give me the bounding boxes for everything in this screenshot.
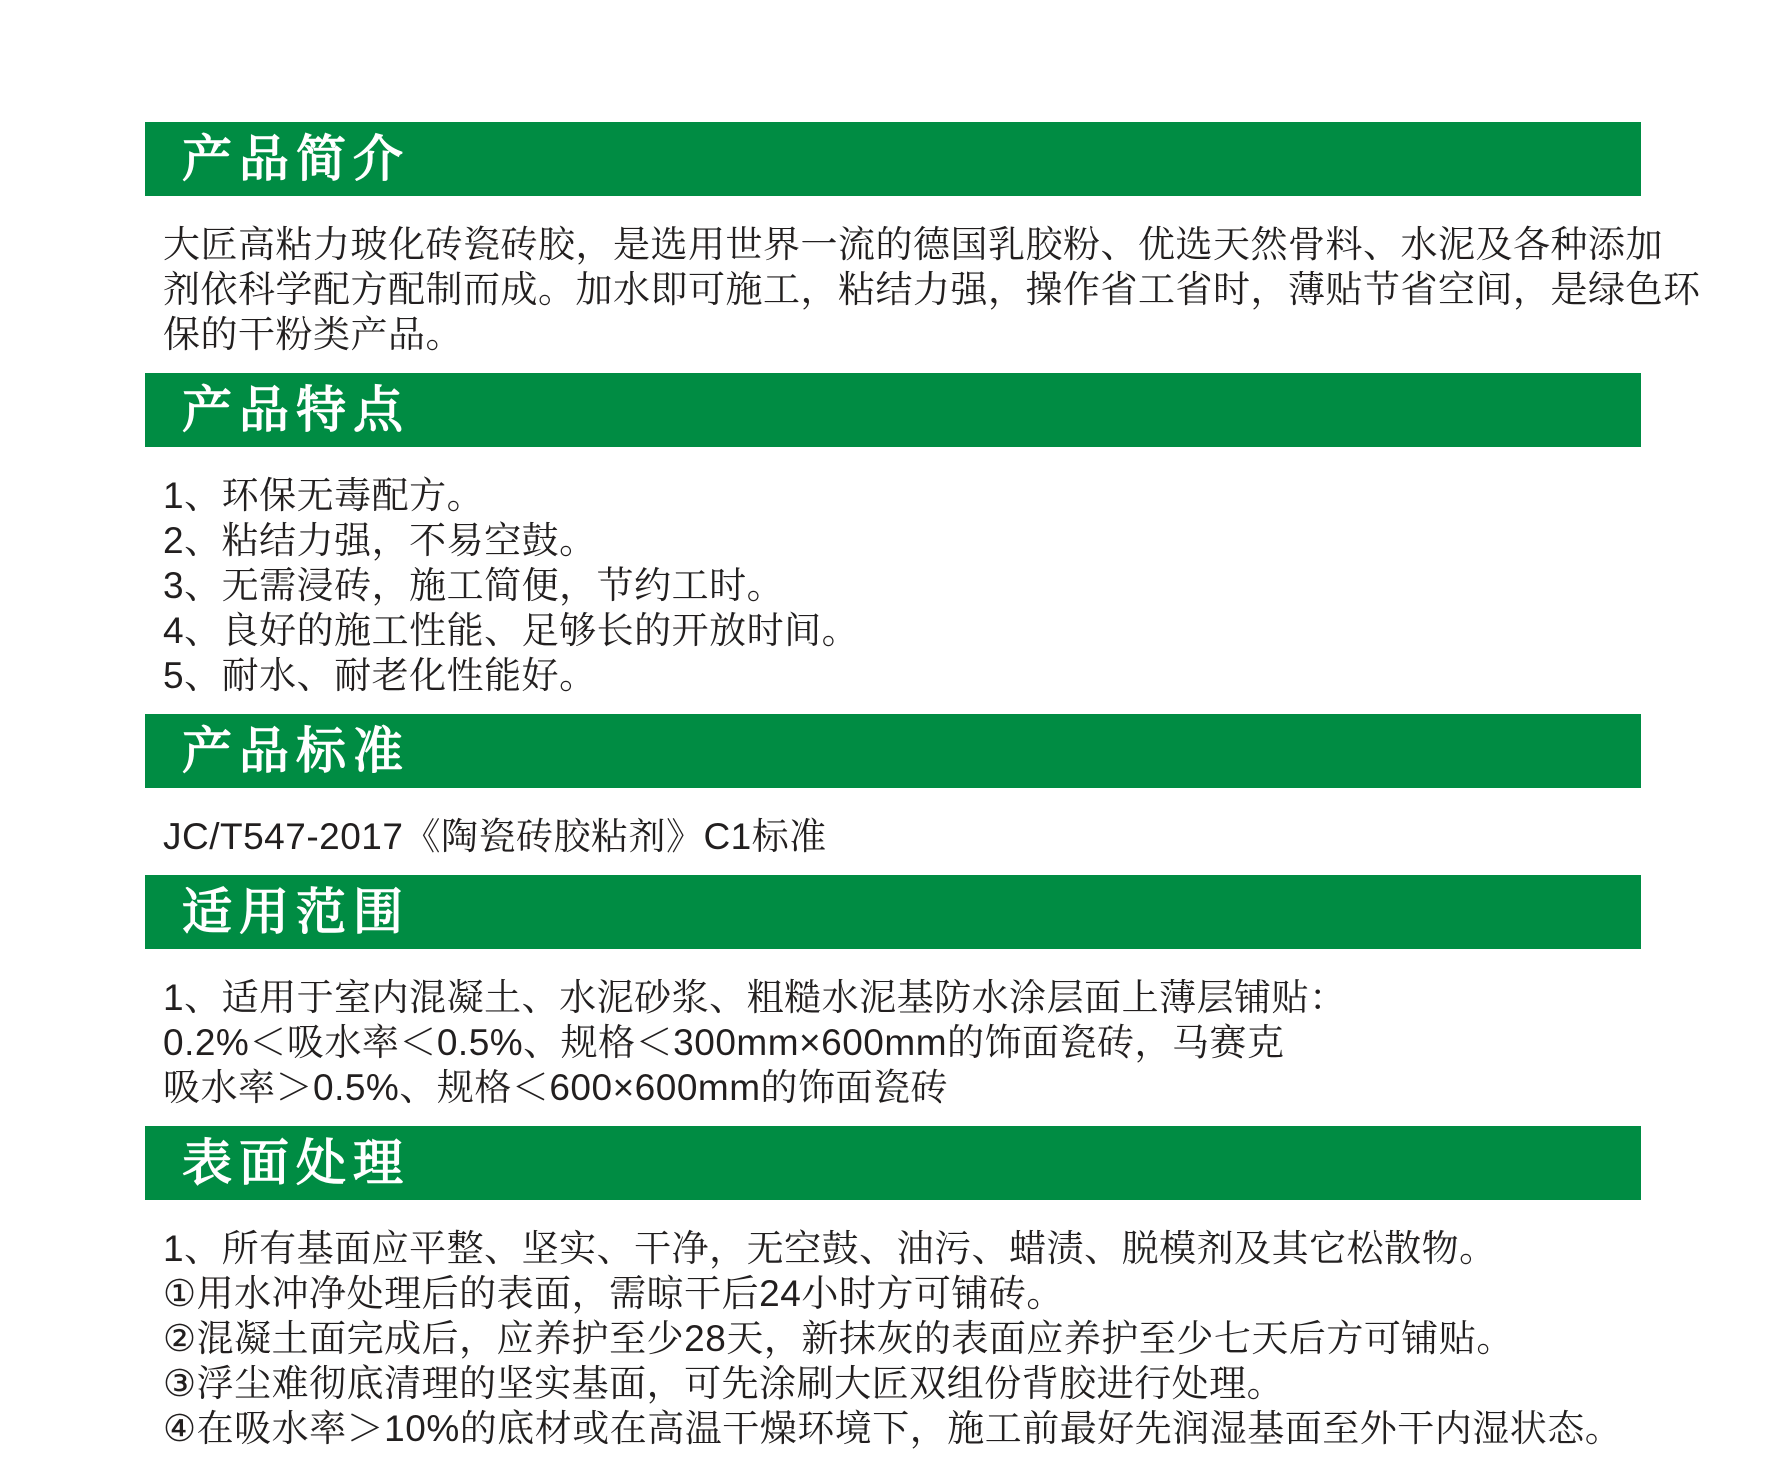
section-surface-treatment: 表面处理 1、所有基面应平整、坚实、干净，无空鼓、油污、蜡渍、脱模剂及其它松散物… xyxy=(145,1126,1641,1467)
feature-item-4: 4、良好的施工性能、足够长的开放时间。 xyxy=(163,608,1641,653)
section-body-product-intro: 大匠高粘力玻化砖瓷砖胶，是选用世界一流的德国乳胶粉、优选天然骨料、水泥及各种添加… xyxy=(145,196,1641,373)
content-column: 产品简介 大匠高粘力玻化砖瓷砖胶，是选用世界一流的德国乳胶粉、优选天然骨料、水泥… xyxy=(145,122,1641,1467)
surface-step-5: ④在吸水率＞10%的底材或在高温干燥环境下，施工前最好先润湿基面至外干内湿状态。 xyxy=(163,1406,1641,1451)
feature-item-1: 1、环保无毒配方。 xyxy=(163,473,1641,518)
section-body-application-scope: 1、适用于室内混凝土、水泥砂浆、粗糙水泥基防水涂层面上薄层铺贴： 0.2%＜吸水… xyxy=(145,949,1641,1126)
surface-step-2: ①用水冲净处理后的表面，需晾干后24小时方可铺砖。 xyxy=(163,1271,1641,1316)
section-body-product-standard: JC/T547-2017《陶瓷砖胶粘剂》C1标准 xyxy=(145,788,1641,875)
scope-text-line-3: 吸水率＞0.5%、规格＜600×600mm的饰面瓷砖 xyxy=(163,1065,1641,1110)
section-body-product-features: 1、环保无毒配方。 2、粘结力强，不易空鼓。 3、无需浸砖，施工简便，节约工时。… xyxy=(145,447,1641,714)
section-header-product-intro: 产品简介 xyxy=(145,122,1641,196)
section-header-product-standard: 产品标准 xyxy=(145,714,1641,788)
scope-text-line-1: 1、适用于室内混凝土、水泥砂浆、粗糙水泥基防水涂层面上薄层铺贴： xyxy=(163,975,1641,1020)
section-title-product-features: 产品特点 xyxy=(182,385,410,435)
standard-text-line: JC/T547-2017《陶瓷砖胶粘剂》C1标准 xyxy=(163,814,1641,859)
scope-text-line-2: 0.2%＜吸水率＜0.5%、规格＜300mm×600mm的饰面瓷砖，马赛克 xyxy=(163,1020,1641,1065)
surface-step-1: 1、所有基面应平整、坚实、干净，无空鼓、油污、蜡渍、脱模剂及其它松散物。 xyxy=(163,1226,1641,1271)
section-header-product-features: 产品特点 xyxy=(145,373,1641,447)
surface-step-3: ②混凝土面完成后，应养护至少28天，新抹灰的表面应养护至少七天后方可铺贴。 xyxy=(163,1316,1641,1361)
section-title-product-standard: 产品标准 xyxy=(182,726,410,776)
section-header-application-scope: 适用范围 xyxy=(145,875,1641,949)
feature-item-5: 5、耐水、耐老化性能好。 xyxy=(163,653,1641,698)
section-title-application-scope: 适用范围 xyxy=(182,887,410,937)
section-product-intro: 产品简介 大匠高粘力玻化砖瓷砖胶，是选用世界一流的德国乳胶粉、优选天然骨料、水泥… xyxy=(145,122,1641,373)
section-title-product-intro: 产品简介 xyxy=(182,134,410,184)
surface-step-4: ③浮尘难彻底清理的坚实基面，可先涂刷大匠双组份背胶进行处理。 xyxy=(163,1361,1641,1406)
product-datasheet-page: 产品简介 大匠高粘力玻化砖瓷砖胶，是选用世界一流的德国乳胶粉、优选天然骨料、水泥… xyxy=(0,0,1791,1483)
intro-text-line-1: 大匠高粘力玻化砖瓷砖胶，是选用世界一流的德国乳胶粉、优选天然骨料、水泥及各种添加 xyxy=(163,222,1641,267)
feature-item-2: 2、粘结力强，不易空鼓。 xyxy=(163,518,1641,563)
section-body-surface-treatment: 1、所有基面应平整、坚实、干净，无空鼓、油污、蜡渍、脱模剂及其它松散物。 ①用水… xyxy=(145,1200,1641,1467)
section-application-scope: 适用范围 1、适用于室内混凝土、水泥砂浆、粗糙水泥基防水涂层面上薄层铺贴： 0.… xyxy=(145,875,1641,1126)
section-header-surface-treatment: 表面处理 xyxy=(145,1126,1641,1200)
section-product-features: 产品特点 1、环保无毒配方。 2、粘结力强，不易空鼓。 3、无需浸砖，施工简便，… xyxy=(145,373,1641,714)
section-product-standard: 产品标准 JC/T547-2017《陶瓷砖胶粘剂》C1标准 xyxy=(145,714,1641,875)
intro-text-line-3: 保的干粉类产品。 xyxy=(163,312,1641,357)
feature-item-3: 3、无需浸砖，施工简便，节约工时。 xyxy=(163,563,1641,608)
intro-text-line-2: 剂依科学配方配制而成。加水即可施工，粘结力强，操作省工省时，薄贴节省空间，是绿色… xyxy=(163,267,1641,312)
section-title-surface-treatment: 表面处理 xyxy=(182,1138,410,1188)
